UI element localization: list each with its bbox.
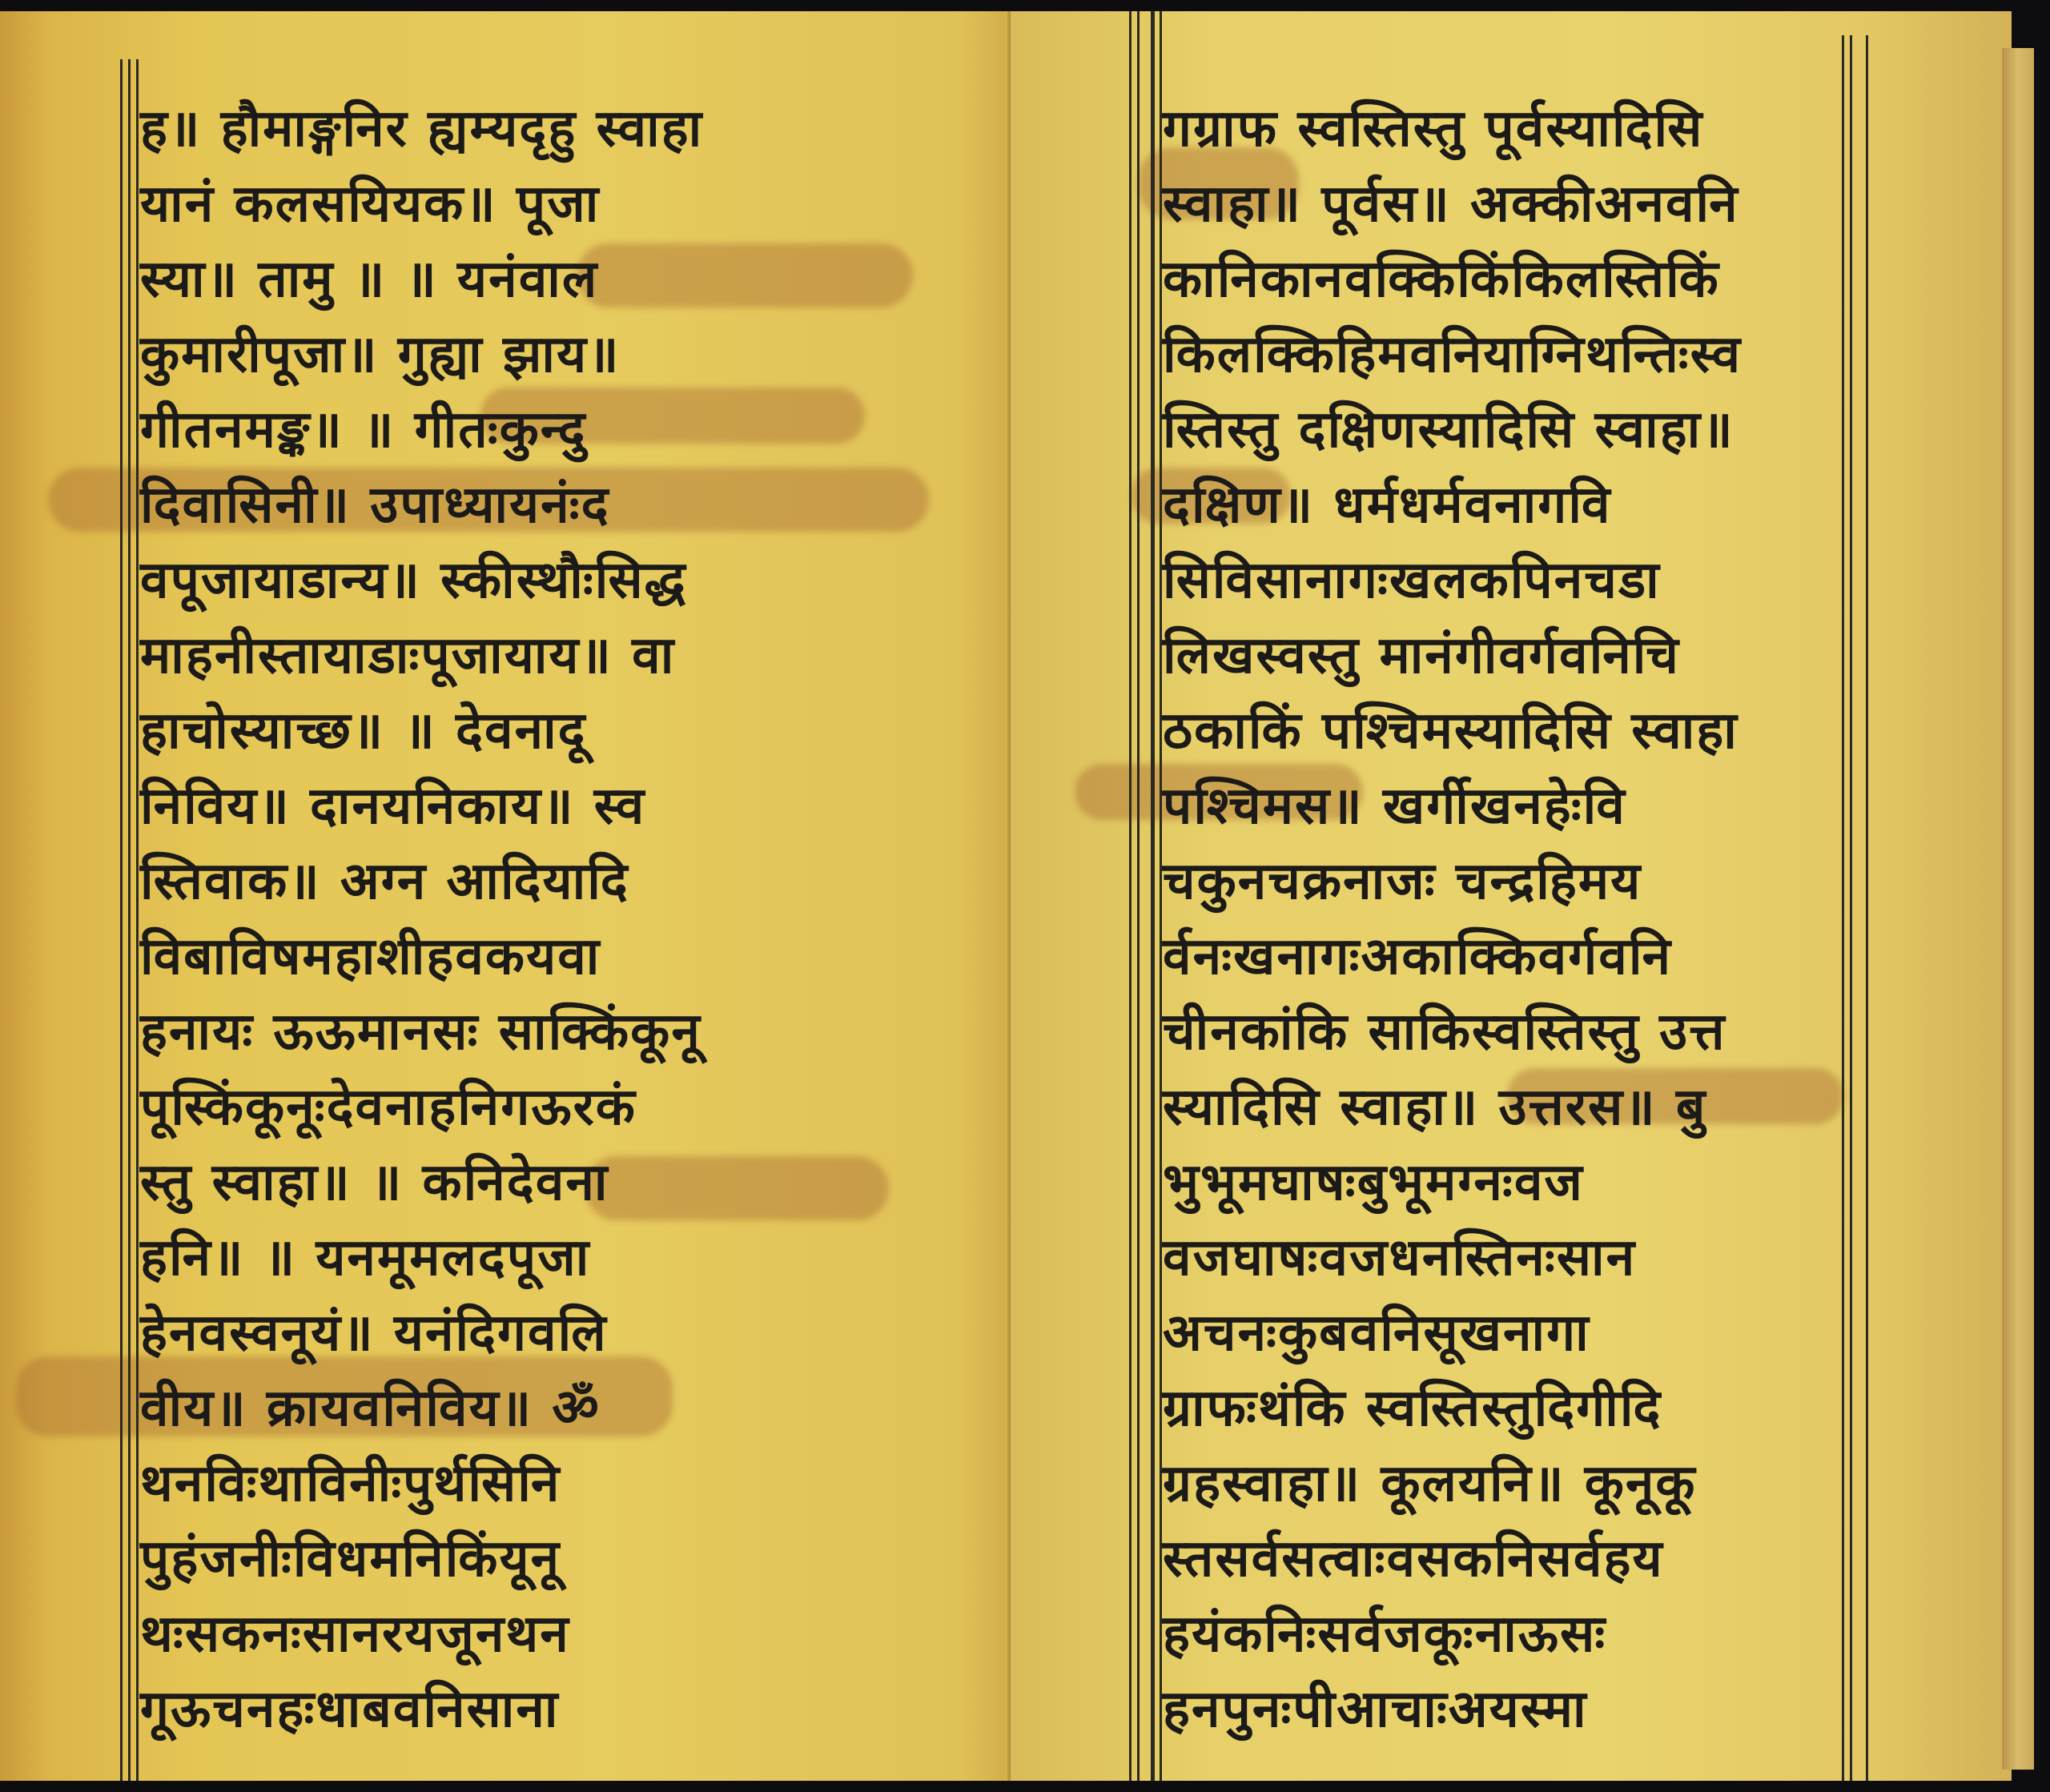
margin-rule xyxy=(1866,35,1868,1781)
text-line: कुमारीपूजा॥ गुह्या झाय॥ xyxy=(140,317,703,392)
margin-rule xyxy=(1850,35,1852,1781)
text-line: गीतनमङ्क॥ ॥ गीतःकुन्दु xyxy=(140,392,703,468)
text-line: यानं कलसयियक॥ पूजा xyxy=(140,167,703,242)
text-line: लिखस्वस्तु मानंगीवर्गवनिचि xyxy=(1163,618,1742,693)
margin-rule xyxy=(1137,11,1140,1781)
margin-rule xyxy=(136,59,139,1781)
text-line: वीय॥ क्रायवनिविय॥ ॐ xyxy=(140,1371,703,1446)
text-line: निविय॥ दानयनिकाय॥ स्व xyxy=(140,769,703,844)
right-text-block: गग्राफ स्वस्तिस्तु पूर्वस्यादिसि स्वाहा॥… xyxy=(1163,91,1742,1747)
text-line: स्वाहा॥ पूर्वस॥ अक्कीअनवनि xyxy=(1163,167,1742,242)
text-line: ठकाकिं पश्चिमस्यादिसि स्वाहा xyxy=(1163,693,1742,769)
text-line: हनायः ऊऊमानसः साक्किंकूनू xyxy=(140,994,703,1070)
text-line: थनविःथाविनीःपुर्थसिनि xyxy=(140,1446,703,1521)
text-line: विबाविषमहाशीहवकयवा xyxy=(140,919,703,994)
text-line: हाचोस्याच्छ॥ ॥ देवनादू xyxy=(140,693,703,769)
text-line: ह॥ हौमाङ्गनिर ह्यम्यदृहु स्वाहा xyxy=(140,91,703,167)
text-line: गग्राफ स्वस्तिस्तु पूर्वस्यादिसि xyxy=(1163,91,1742,167)
margin-rule xyxy=(128,59,131,1781)
text-line: हनपुनःपीआचाःअयस्मा xyxy=(1163,1672,1742,1747)
text-line: दिवासिनी॥ उपाध्यायनंःद xyxy=(140,468,703,543)
text-line: दक्षिण॥ धर्मधर्मवनागवि xyxy=(1163,468,1742,543)
text-line: ग्रहस्वाहा॥ कूलयनि॥ कूनूकू xyxy=(1163,1446,1742,1521)
text-line: स्तु स्वाहा॥ ॥ कनिदेवना xyxy=(140,1145,703,1220)
text-line: चीनकांकि साकिस्वस्तिस्तु उत्त xyxy=(1163,994,1742,1070)
margin-rule xyxy=(1129,11,1132,1781)
text-line: चकुनचक्रनाजः चन्द्रहिमय xyxy=(1163,844,1742,919)
text-line: स्या॥ तामु ॥ ॥ यनंवाल xyxy=(140,242,703,317)
text-line: वजघाषःवजधनस्तिनःसान xyxy=(1163,1220,1742,1296)
text-line: स्तसर्वसत्वाःवसकनिसर्वहय xyxy=(1163,1521,1742,1597)
text-line: स्तिवाक॥ अग्न आदियादि xyxy=(140,844,703,919)
text-line: भुभूमघाषःबुभूमग्नःवज xyxy=(1163,1145,1742,1220)
text-line: वपूजायाडान्य॥ स्कीस्थौःसिद्ध xyxy=(140,543,703,618)
text-line: कानिकानवक्किकिंकिलस्तिकिं xyxy=(1163,242,1742,317)
margin-rule xyxy=(1160,11,1162,1781)
text-line: थःसकनःसानरयजूनथन xyxy=(140,1597,703,1672)
margin-rule xyxy=(120,59,123,1781)
text-line: किलक्किहिमवनियाग्निथन्तिःस्व xyxy=(1163,317,1742,392)
left-page: ह॥ हौमाङ्गनिर ह्यम्यदृहु स्वाहा यानं कलस… xyxy=(0,11,1011,1781)
text-line: पश्चिमस॥ खर्गीखनहेःवि xyxy=(1163,769,1742,844)
text-line: पूस्किंकूनूःदेवनाहनिगऊरकं xyxy=(140,1070,703,1145)
text-line: हनि॥ ॥ यनमूमलदपूजा xyxy=(140,1220,703,1296)
right-page: गग्राफ स्वस्तिस्तु पूर्वस्यादिसि स्वाहा॥… xyxy=(1011,11,2012,1781)
text-line: र्वनःखनागःअकाक्किवर्गवनि xyxy=(1163,919,1742,994)
margin-rule xyxy=(1151,11,1155,1781)
text-line: अचनःकुबवनिसूखनागा xyxy=(1163,1296,1742,1371)
page-edges xyxy=(2002,48,2034,1770)
text-line: पुहंजनीःविधमनिकिंयूनू xyxy=(140,1521,703,1597)
text-line: सिविसानागःखलकपिनचडा xyxy=(1163,543,1742,618)
left-text-block: ह॥ हौमाङ्गनिर ह्यम्यदृहु स्वाहा यानं कलस… xyxy=(140,91,703,1747)
text-line: माहनीस्तायाडाःपूजायाय॥ वा xyxy=(140,618,703,693)
text-line: ग्राफःथंकि स्वस्तिस्तुदिगीदि xyxy=(1163,1371,1742,1446)
text-line: हेनवस्वनूयं॥ यनंदिगवलि xyxy=(140,1296,703,1371)
text-line: स्यादिसि स्वाहा॥ उत्तरस॥ बु xyxy=(1163,1070,1742,1145)
text-line: हयंकनिःसर्वजकूःनाऊसः xyxy=(1163,1597,1742,1672)
text-line: स्तिस्तु दक्षिणस्यादिसि स्वाहा॥ xyxy=(1163,392,1742,468)
text-line: गूऊचनहःधाबवनिसाना xyxy=(140,1672,703,1747)
margin-rule xyxy=(1842,35,1844,1781)
